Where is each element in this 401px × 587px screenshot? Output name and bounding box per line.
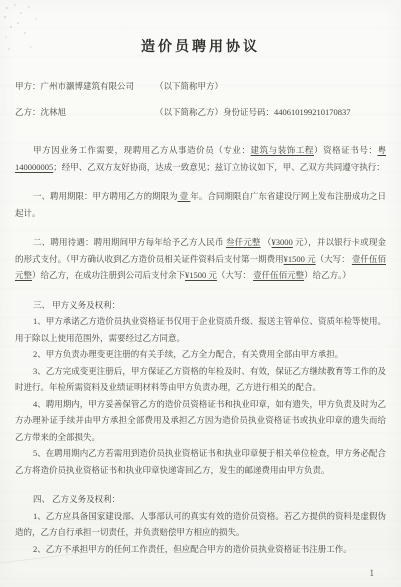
- section-a-items: 1、甲方承诺乙方造价员执业资格证书仅用于企业资质升级、报送主管单位、资质年检等使…: [15, 313, 386, 478]
- text-run: ）给乙方，在成功注册到公司后支付余下: [32, 270, 185, 280]
- text-run: （大写：: [316, 254, 352, 264]
- text-run: ¥1500 元: [284, 254, 316, 264]
- text-run: 壹: [178, 191, 191, 201]
- party-a-line: 甲方：广州市灏博建筑有限公司 （以下简称甲方）: [15, 80, 386, 96]
- text-run: ；经甲、乙双方友好协商，达成一致意见；兹订立协议如下，甲、乙双方共同遵守执行：: [53, 162, 385, 172]
- document-title: 造价员聘用协议: [15, 36, 386, 56]
- text-run: 甲方因业务工作需要，现聘用乙方从事造价员（专业：: [33, 145, 251, 155]
- section-b-items: 1、乙方应具备国家建设部、人事部认可的真实有效的造价员资格。若乙方提供的资料是虚…: [15, 508, 386, 558]
- text-run: ）资格证书号：: [314, 145, 377, 155]
- party-a-alias: （以下简称甲方）: [155, 80, 223, 92]
- text-run: 5、在聘用期内乙方若需用到造价员执业资格证书和执业印章便于相关单位检查，甲方务必…: [15, 448, 386, 475]
- text-run: 叁仟元整: [226, 237, 261, 247]
- party-a-label: 甲方：: [15, 81, 41, 91]
- party-b-line: 乙方：沈林旭 （以下简称乙方）身份证号码：440610199210170837: [15, 106, 386, 122]
- text-run: 3、乙方完成变更注册后，甲方保证乙方资格的年检及时、有效，保证乙方继续教育等工作…: [15, 366, 386, 393]
- contract-clause: 2、甲方负责办理变更注册的有关手续，乙方全力配合，有关费用全部由甲方承担。: [15, 346, 386, 363]
- contract-document: 造价员聘用协议 甲方：广州市灏博建筑有限公司 （以下简称甲方） 乙方：沈林旭 （…: [0, 0, 401, 587]
- clause-pay-paragraph: 二、聘用待遇：聘用期间甲方每年给予乙方人民币 叁仟元整 （¥3000 元），并以…: [15, 234, 386, 284]
- party-b-label: 乙方：: [15, 107, 41, 117]
- party-b-alias-id: （以下简称乙方）身份证号码：440610199210170837: [155, 106, 351, 118]
- party-b-id-number: 440610199210170837: [274, 107, 351, 117]
- text-run: 建筑与装饰工程: [251, 145, 314, 155]
- contract-clause: 4、聘用期内，甲方妥善保管乙方的造价员资格证书和执业印章，如有遗失，甲方负责及时…: [15, 396, 386, 446]
- section-a-heading: 三、 甲方义务及权利：: [15, 297, 386, 314]
- text-run: （大写：: [217, 270, 253, 280]
- party-b-name: 沈林旭: [41, 107, 67, 117]
- text-run: 壹仟伍佰元整: [253, 270, 304, 280]
- contract-content: 造价员聘用协议 甲方：广州市灏博建筑有限公司 （以下简称甲方） 乙方：沈林旭 （…: [0, 0, 401, 557]
- contract-clause: 3、乙方完成变更注册后，甲方保证乙方资格的年检及时、有效，保证乙方继续教育等工作…: [15, 363, 386, 396]
- intro-paragraph: 甲方因业务工作需要，现聘用乙方从事造价员（专业：建筑与装饰工程）资格证书号：粤 …: [15, 142, 386, 175]
- text-run: ）给乙方。）: [304, 270, 351, 280]
- text-run: ¥1500 元: [185, 270, 217, 280]
- contract-clause: 5、在聘用期内乙方若需用到造价员执业资格证书和执业印章便于相关单位检查，甲方务必…: [15, 445, 386, 478]
- section-b-heading: 四、 乙方义务及权利：: [15, 491, 386, 508]
- clause-term-paragraph: 一、聘用期限：甲方聘用乙方的期限为 壹 年。合同期限自广东省建设厅网上发布注册成…: [15, 188, 386, 221]
- text-run: 4、聘用期内，甲方妥善保管乙方的造价员资格证书和执业印章，如有遗失，甲方负责及时…: [15, 399, 386, 442]
- text-run: 2、甲方负责办理变更注册的有关手续，乙方全力配合，有关费用全部由甲方承担。: [33, 349, 343, 359]
- text-run: 二、聘用待遇：聘用期间甲方每年给予乙方人民币: [33, 237, 226, 247]
- party-b-alias: （以下简称乙方）身份证号码：: [155, 107, 274, 117]
- party-a-name: 广州市灏博建筑有限公司: [41, 81, 135, 91]
- text-run: （: [261, 237, 272, 247]
- text-run: ¥3000: [272, 237, 293, 247]
- contract-clause: 1、甲方承诺乙方造价员执业资格证书仅用于企业资质升级、报送主管单位、资质年检等使…: [15, 313, 386, 346]
- text-run: 1、乙方应具备国家建设部、人事部认可的真实有效的造价员资格。若乙方提供的资料是虚…: [15, 511, 386, 538]
- contract-clause: 1、乙方应具备国家建设部、人事部认可的真实有效的造价员资格。若乙方提供的资料是虚…: [15, 508, 386, 541]
- text-run: 一、聘用期限：甲方聘用乙方的期限为: [33, 191, 178, 201]
- page-number: 1: [370, 568, 375, 578]
- text-run: 1、甲方承诺乙方造价员执业资格证书仅用于企业资质升级、报送主管单位、资质年检等使…: [15, 316, 386, 343]
